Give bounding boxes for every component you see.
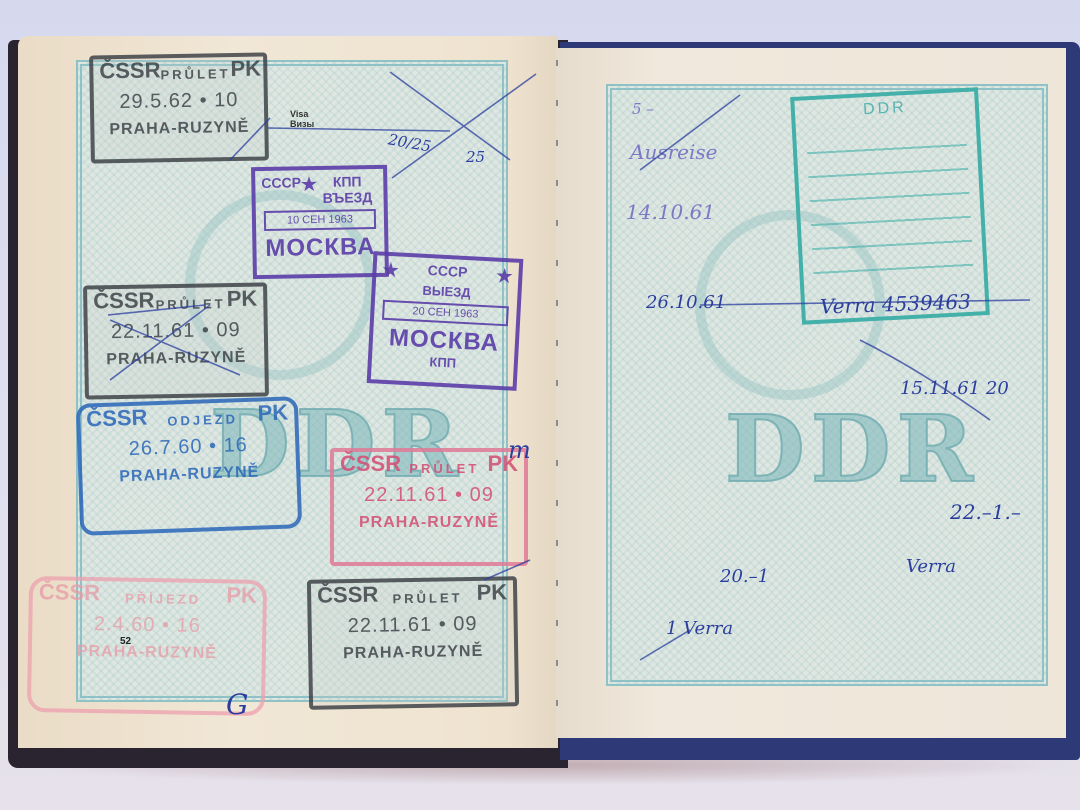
pen-strokes — [0, 0, 1080, 810]
